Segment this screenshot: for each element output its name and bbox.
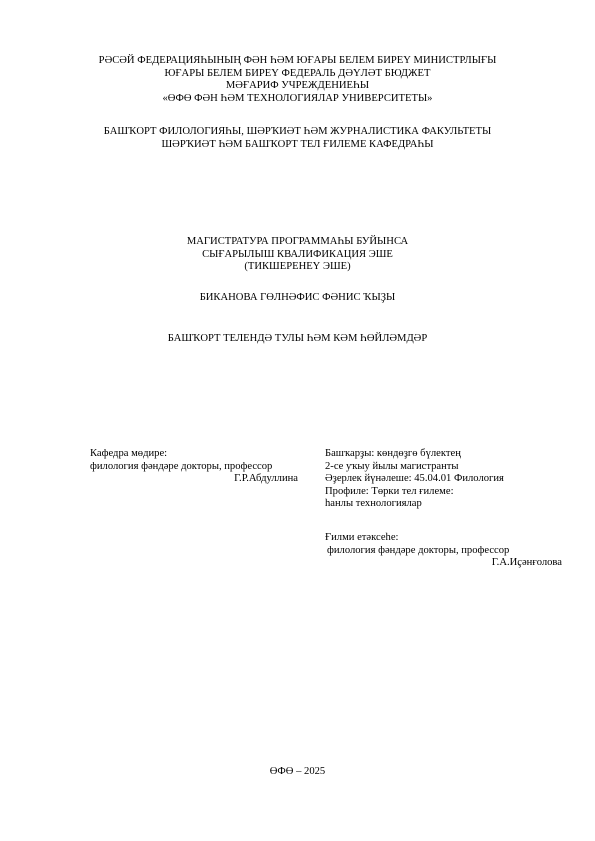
ministry-header: РӘСӘЙ ФЕДЕРАЦИЯҺЫНЫҢ ФӘН ҺӘМ ЮҒАРЫ БЕЛЕМ… [0,55,595,105]
supervisor-label: Ғилми етәксеһе: [325,532,562,545]
work-type-line-3: (ТИКШЕРЕНЕҮ ЭШЕ) [0,261,595,274]
student-line-2: 2-се уҡыу йылы магистранты [325,461,565,474]
work-type-line-2: СЫҒАРЫЛЫШ КВАЛИФИКАЦИЯ ЭШЕ [0,249,595,262]
student-block: Башҡарҙы: көндөҙгө бүлектең 2-се уҡыу йы… [325,448,565,511]
work-type-line-1: МАГИСТРАТУРА ПРОГРАММАҺЫ БУЙЫНСА [0,236,595,249]
student-line-1: Башҡарҙы: көндөҙгө бүлектең [325,448,565,461]
thesis-title: БАШҠОРТ ТЕЛЕНДӘ ТУЛЫ ҺӘМ КӘМ ҺӨЙЛӘМДӘР [0,333,595,346]
supervisor-block: Ғилми етәксеһе: филология фәндәре доктор… [325,532,562,570]
supervisor-degree: филология фәндәре докторы, профессор [325,545,562,558]
head-of-department-degree: филология фәндәре докторы, профессор [90,461,298,474]
faculty-header: БАШҠОРТ ФИЛОЛОГИЯҺЫ, ШӘРҠИӘТ ҺӘМ ЖУРНАЛИ… [0,126,595,151]
student-line-5: һанлы технологиялар [325,498,565,511]
ministry-line-3: МӘҒАРИФ УЧРЕЖДЕНИЕҺЫ [0,80,595,93]
head-of-department-name: Г.Р.Абдуллина [90,473,298,486]
ministry-line-1: РӘСӘЙ ФЕДЕРАЦИЯҺЫНЫҢ ФӘН ҺӘМ ЮҒАРЫ БЕЛЕМ… [0,55,595,68]
head-of-department-label: Кафедра мөдире: [90,448,298,461]
place-year: ӨФӨ – 2025 [0,766,595,779]
university-name: «ӨФӨ ФӘН ҺӘМ ТЕХНОЛОГИЯЛАР УНИВЕРСИТЕТЫ» [0,93,595,106]
author-name: БИКАНОВА ГӨЛНӘФИС ФӘНИС ҠЫҘЫ [0,292,595,305]
ministry-line-2: ЮҒАРЫ БЕЛЕМ БИРЕҮ ФЕДЕРАЛЬ ДӘҮЛӘТ БЮДЖЕТ [0,68,595,81]
faculty-name: БАШҠОРТ ФИЛОЛОГИЯҺЫ, ШӘРҠИӘТ ҺӘМ ЖУРНАЛИ… [0,126,595,139]
student-line-3: Әҙерлек йүнәлеше: 45.04.01 Филология [325,473,565,486]
student-line-4: Профиле: Төрки тел ғилеме: [325,486,565,499]
head-of-department-block: Кафедра мөдире: филология фәндәре доктор… [90,448,298,486]
work-type: МАГИСТРАТУРА ПРОГРАММАҺЫ БУЙЫНСА СЫҒАРЫЛ… [0,236,595,274]
supervisor-name: Г.А.Иҫәнғолова [325,557,562,570]
department-name: ШӘРҠИӘТ ҺӘМ БАШҠОРТ ТЕЛ ҒИЛЕМЕ КАФЕДРАҺЫ [0,139,595,152]
